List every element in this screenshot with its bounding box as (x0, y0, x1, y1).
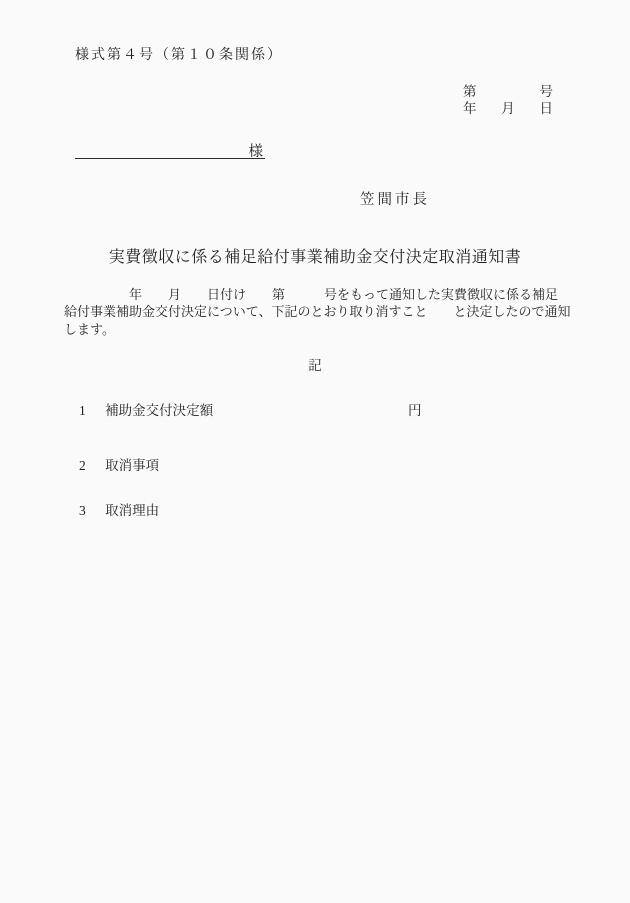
date-day-label: 日 (540, 97, 554, 117)
addressee-honorific: 様 (249, 144, 264, 160)
body-line-1: 年 月 日付け 第 号をもって通知した実費徴収に係る補足 (64, 286, 576, 303)
sender-name: 笠間市長 (360, 188, 430, 209)
date-line: 年 月 日 (463, 97, 553, 117)
form-number-label: 様式第４号（第１０条関係） (75, 44, 283, 64)
body-line-2: 給付事業補助金交付決定について、下記のとおり取り消すこと と決定したので通知 (64, 303, 576, 320)
document-title: 実費徴収に係る補足給付事業補助金交付決定取消通知書 (0, 244, 630, 267)
body-paragraph: 年 月 日付け 第 号をもって通知した実費徴収に係る補足 給付事業補助金交付決定… (64, 286, 576, 338)
list-item-3: 3 取消理由 (79, 499, 159, 519)
item-2-label: 取消事項 (105, 458, 159, 473)
date-year-label: 年 (463, 97, 477, 117)
addressee-blank-line: 様 (75, 140, 265, 159)
item-1-number: 1 (79, 403, 86, 418)
document-page: 様式第４号（第１０条関係） 第 号 年 月 日 様 笠間市長 実費徴収に係る補足… (0, 0, 630, 903)
item-2-number: 2 (79, 458, 86, 473)
item-3-label: 取消理由 (105, 503, 159, 518)
list-item-1: 1 補助金交付決定額 円 (79, 399, 213, 419)
date-month-label: 月 (501, 97, 515, 117)
item-1-label: 補助金交付決定額 (105, 403, 213, 418)
item-3-number: 3 (79, 503, 86, 518)
ki-marker: 記 (0, 354, 630, 374)
body-line-3: します。 (64, 321, 576, 338)
item-1-unit-yen: 円 (408, 399, 422, 419)
list-item-2: 2 取消事項 (79, 454, 159, 474)
